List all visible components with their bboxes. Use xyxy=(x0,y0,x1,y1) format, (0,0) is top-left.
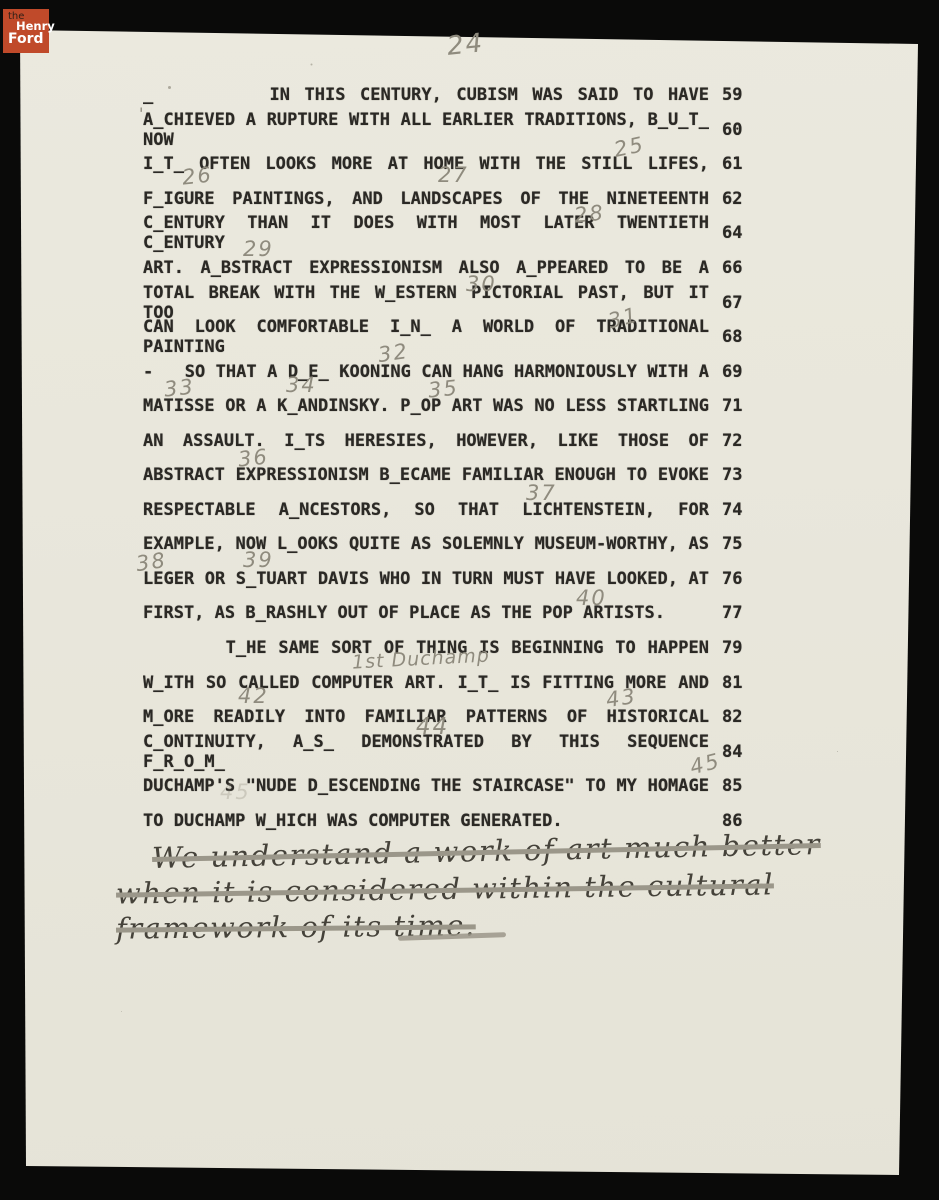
pencil-annotation: 27 xyxy=(438,163,469,187)
line-text: ART. A̲BSTRACT EXPRESSIONISM ALSO A̲PPEA… xyxy=(143,258,709,278)
line-number: 62 xyxy=(722,189,748,209)
pencil-annotation: 38 xyxy=(134,548,168,576)
typed-line: EXAMPLE, NOW L̲OOKS QUITE AS SOLEMNLY MU… xyxy=(143,527,748,562)
typed-line: A̲CHIEVED A RUPTURE WITH ALL EARLIER TRA… xyxy=(143,113,748,148)
line-number: 76 xyxy=(722,569,748,589)
pencil-annotation: 34 xyxy=(286,373,317,397)
line-number: 72 xyxy=(722,431,748,451)
pencil-annotation: 42 xyxy=(238,684,269,708)
line-text: LEGER OR S̲TUART DAVIS WHO IN TURN MUST … xyxy=(143,569,709,589)
line-number: 79 xyxy=(722,638,748,658)
pencil-annotation: 28 xyxy=(573,200,606,227)
typed-line: C̲ENTURY THAN IT DOES WITH MOST LATER TW… xyxy=(143,216,748,251)
typed-line: TOTAL BREAK WITH THE W̲ESTERN PICTORIAL … xyxy=(143,285,748,320)
line-number: 84 xyxy=(722,742,748,762)
typed-line: RESPECTABLE A̲NCESTORS, SO THAT LICHTENS… xyxy=(143,493,748,528)
pencil-annotation: 40 xyxy=(576,586,607,610)
typed-line: _ IN THIS CENTURY, CUBISM WAS SAID TO HA… xyxy=(143,78,748,113)
line-text: RESPECTABLE A̲NCESTORS, SO THAT LICHTENS… xyxy=(143,500,709,520)
line-number: 59 xyxy=(722,85,748,105)
pencil-annotation: 45 xyxy=(220,780,251,804)
pencil-annotation: 32 xyxy=(376,339,410,367)
line-number: 71 xyxy=(722,396,748,416)
pencil-annotation: 24 xyxy=(446,28,486,62)
typed-line: AN ASSAULT. I̲TS HERESIES, HOWEVER, LIKE… xyxy=(143,423,748,458)
line-number: 75 xyxy=(722,534,748,554)
line-text: _ IN THIS CENTURY, CUBISM WAS SAID TO HA… xyxy=(143,85,709,105)
logo-name-line2: Ford xyxy=(8,31,44,47)
pencil-annotation: ' xyxy=(139,104,145,123)
typed-line: CAN LOOK COMFORTABLE I̲N̲ A WORLD OF TRA… xyxy=(143,320,748,355)
line-text: ABSTRACT EXPRESSIONISM B̲ECAME FAMILIAR … xyxy=(143,465,709,485)
line-text: FIRST, AS B̲RASHLY OUT OF PLACE AS THE P… xyxy=(143,603,709,623)
henry-ford-logo: the Henry Ford xyxy=(3,9,49,53)
line-number: 67 xyxy=(722,293,748,313)
pencil-annotation: 44 xyxy=(416,714,449,740)
line-number: 69 xyxy=(722,362,748,382)
line-number: 64 xyxy=(722,223,748,243)
line-number: 61 xyxy=(722,154,748,174)
pencil-annotation: 37 xyxy=(526,481,557,505)
pencil-annotation: 36 xyxy=(237,444,270,471)
typed-line: LEGER OR S̲TUART DAVIS WHO IN TURN MUST … xyxy=(143,562,748,597)
typed-line: FIRST, AS B̲RASHLY OUT OF PLACE AS THE P… xyxy=(143,596,748,631)
document-scan: the Henry Ford _ IN THIS CENTURY, CUBISM… xyxy=(0,0,939,1200)
line-number: 66 xyxy=(722,258,748,278)
line-number: 60 xyxy=(722,120,748,140)
line-text: AN ASSAULT. I̲TS HERESIES, HOWEVER, LIKE… xyxy=(143,431,709,451)
line-number: 82 xyxy=(722,707,748,727)
pencil-annotation: 29 xyxy=(243,237,274,261)
line-number: 77 xyxy=(722,603,748,623)
pencil-annotation: 43 xyxy=(604,684,638,712)
typed-line: ART. A̲BSTRACT EXPRESSIONISM ALSO A̲PPEA… xyxy=(143,251,748,286)
line-number: 73 xyxy=(722,465,748,485)
pencil-annotation: 26 xyxy=(181,162,214,189)
line-text: EXAMPLE, NOW L̲OOKS QUITE AS SOLEMNLY MU… xyxy=(143,534,709,554)
line-number: 85 xyxy=(722,776,748,796)
line-text: MATISSE OR A K̲ANDINSKY. P̲OP ART WAS NO… xyxy=(143,396,709,416)
line-text: C̲ENTURY THAN IT DOES WITH MOST LATER TW… xyxy=(143,213,709,253)
pencil-annotation: 39 xyxy=(243,548,274,572)
pencil-annotation: 30 xyxy=(466,272,497,296)
line-text: TO DUCHAMP W̲HICH WAS COMPUTER GENERATED… xyxy=(143,811,709,831)
line-number: 81 xyxy=(722,673,748,693)
pencil-annotation: 33 xyxy=(163,374,196,401)
pencil-annotation: 35 xyxy=(427,375,460,402)
typed-line: W̲ITH SO CALLED COMPUTER ART. I̲T̲ IS FI… xyxy=(143,665,748,700)
line-number: 74 xyxy=(722,500,748,520)
typed-line: ABSTRACT EXPRESSIONISM B̲ECAME FAMILIAR … xyxy=(143,458,748,493)
line-text: F̲IGURE PAINTINGS, AND LANDSCAPES OF THE… xyxy=(143,189,709,209)
line-number: 68 xyxy=(722,327,748,347)
